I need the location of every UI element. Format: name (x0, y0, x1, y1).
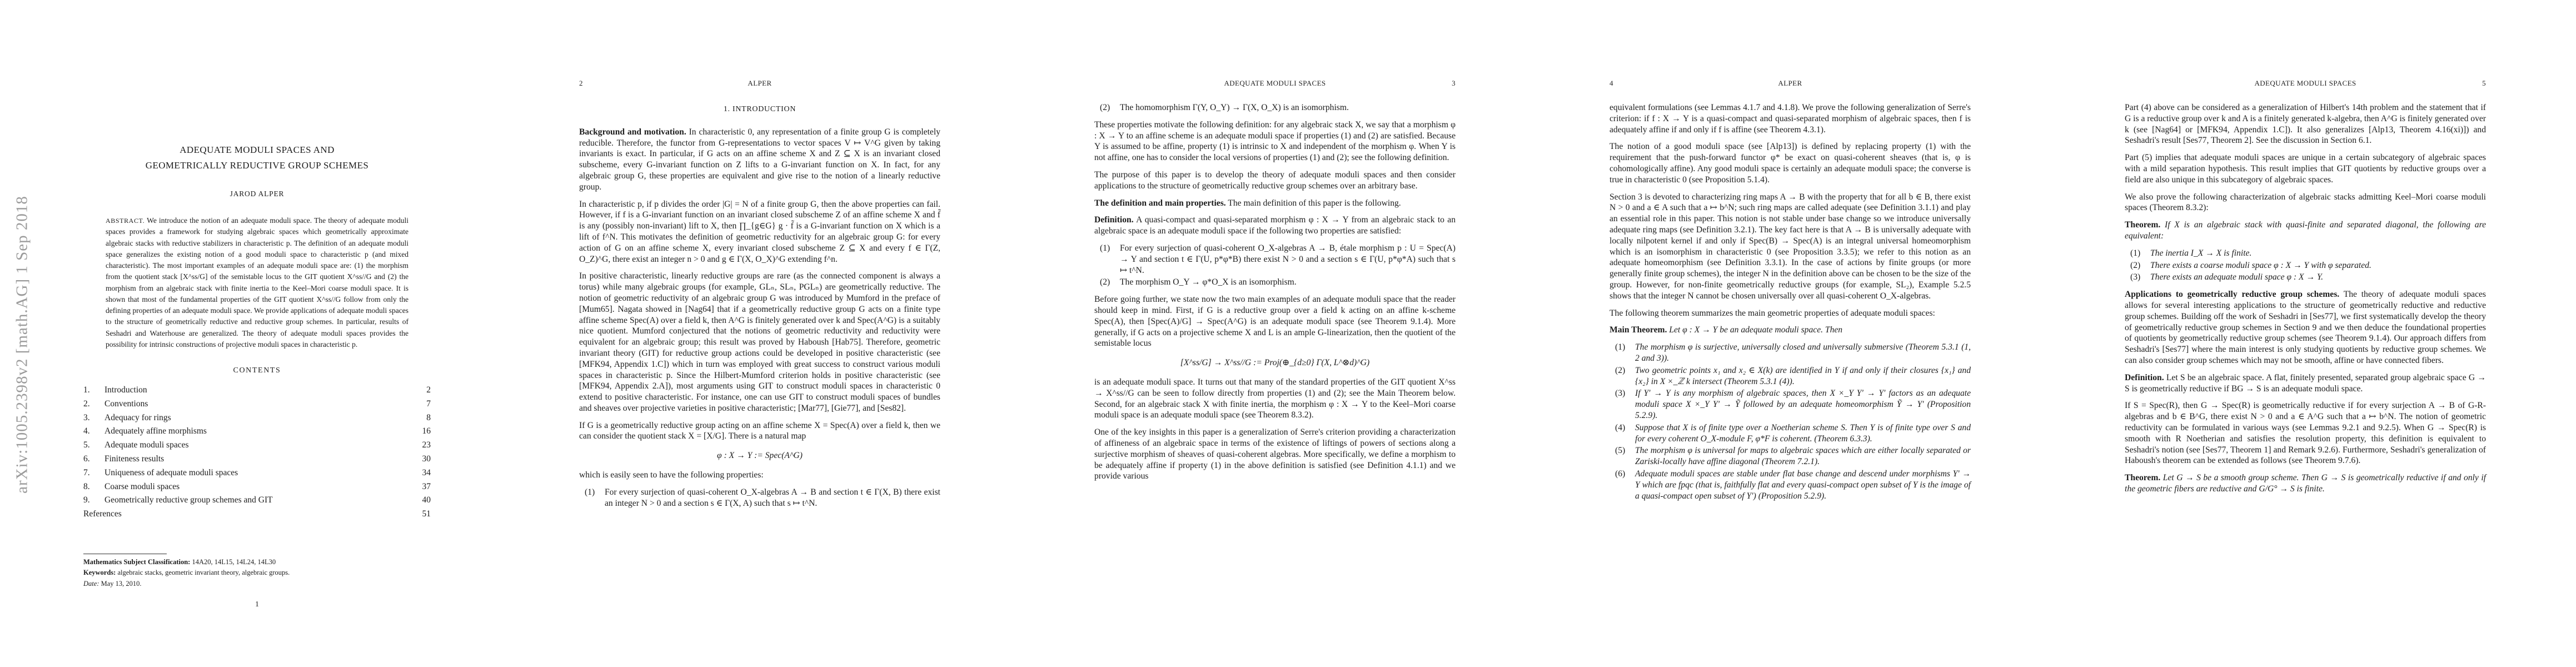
header-title: ALPER (612, 79, 907, 88)
toc-row: References51 (83, 507, 431, 521)
meta-line: Mathematics Subject Classification: 14A2… (83, 557, 431, 568)
paragraph-text: The theory of adequate moduli spaces all… (2125, 290, 2486, 365)
toc-item-number: 1. (83, 384, 104, 397)
toc-item-label: Adequate moduli spaces (104, 439, 408, 452)
toc-page-number: 23 (408, 439, 431, 452)
toc-item-number: 8. (83, 480, 104, 494)
paragraph-text: In characteristic 0, any representation … (579, 127, 940, 192)
toc-row: 8.Coarse moduli spaces37 (83, 480, 431, 494)
list-item: (2)The homomorphism Γ(Y, O_Y) → Γ(X, O_X… (1094, 102, 1456, 113)
list-item-number: (3) (1615, 388, 1625, 399)
paragraph: Theorem. Let G → S be a smooth group sch… (2125, 472, 2486, 495)
list-item-number: (1) (1615, 342, 1625, 353)
paper-title-line: ADEQUATE MODULI SPACES AND (83, 142, 431, 158)
toc-page-number: 51 (408, 507, 431, 521)
paragraph: equivalent formulations (see Lemmas 4.1.… (1610, 102, 1971, 135)
toc-item-number: References (83, 507, 122, 521)
list-item: (2)The morphism O_Y → φ*O_X is an isomor… (1094, 277, 1456, 288)
paragraph: These properties motivate the following … (1094, 120, 1456, 163)
list-item: (5)The morphism φ is universal for maps … (1610, 445, 1971, 467)
header-title: ADEQUATE MODULI SPACES (1128, 79, 1422, 88)
list-item-number: (3) (2130, 272, 2140, 283)
meta-text: algebraic stacks, geometric invariant th… (117, 569, 290, 576)
list-item-text: The morphism O_Y → φ*O_X is an isomorphi… (1120, 277, 1297, 287)
toc-item-number: 6. (83, 452, 104, 466)
paragraph-text: equivalent formulations (see Lemmas 4.1.… (1610, 103, 1971, 135)
paragraph: Part (5) implies that adequate moduli sp… (2125, 152, 2486, 185)
toc-page-number: 7 (408, 397, 431, 411)
paragraph-text: Part (4) above can be considered as a ge… (2125, 103, 2486, 145)
toc-item-number: 9. (83, 494, 104, 507)
list-item: (1)For every surjection of quasi-coheren… (1094, 243, 1456, 276)
paragraph-text: One of the key insights in this paper is… (1094, 427, 1456, 481)
list-item-number: (4) (1615, 422, 1625, 434)
paragraph: If G is a geometrically reductive group … (579, 420, 940, 442)
toc-item-number: 7. (83, 466, 104, 480)
list: (1)For every surjection of quasi-coheren… (1094, 243, 1456, 288)
abstract-text: We introduce the notion of an adequate m… (106, 216, 408, 349)
header-page-number-right: 3 (1422, 79, 1456, 88)
abstract: ABSTRACT. We introduce the notion of an … (106, 215, 408, 350)
toc-item-number: 5. (83, 439, 104, 452)
header-title: ALPER (1643, 79, 1937, 88)
paragraph: is an adequate moduli space. It turns ou… (1094, 377, 1456, 421)
author-name: JAROD ALPER (83, 189, 431, 198)
paragraph-text: Part (5) implies that adequate moduli sp… (2125, 153, 2486, 185)
list-item: (3)If Y′ → Y is any morphism of algebrai… (1610, 388, 1971, 421)
paragraph: If S = Spec(R), then G → Spec(R) is geom… (2125, 400, 2486, 466)
list-item-text: There exists an adequate moduli space φ … (2150, 272, 2323, 282)
list: (1)The inertia I_X → X is finite.(2)Ther… (2125, 248, 2486, 283)
meta-label: Keywords: (83, 569, 116, 576)
paragraph-lead: Theorem. (2125, 473, 2160, 482)
list-item: (2)Two geometric points x₁ and x₂ ∈ X(k)… (1610, 365, 1971, 387)
paragraph: Main Theorem. Let φ : X → Y be an adequa… (1610, 325, 1971, 336)
paragraph-text: Let S be an algebraic space. A flat, fin… (2125, 373, 2486, 394)
paragraph-lead: The definition and main properties. (1094, 198, 1226, 208)
header-page-number-right (907, 79, 940, 88)
document-canvas: { "colors": {"background": "#ffffff", "t… (0, 0, 2576, 667)
list-item: (6)Adequate moduli spaces are stable und… (1610, 469, 1971, 501)
section-heading: 1. INTRODUCTION (579, 104, 940, 115)
list-item-number: (2) (1100, 277, 1110, 288)
list-item-text: The morphism φ is universal for maps to … (1635, 446, 1971, 466)
list-item-number: (2) (1615, 365, 1625, 376)
paragraph-text: Let G → S be a smooth group scheme. Then… (2125, 473, 2486, 494)
header-title: ADEQUATE MODULI SPACES (2158, 79, 2453, 88)
paragraph-text: The following theorem summarizes the mai… (1610, 308, 1935, 318)
list: (2)The homomorphism Γ(Y, O_Y) → Γ(X, O_X… (1094, 102, 1456, 113)
page-number: 1 (83, 599, 431, 609)
list-item: (1)The morphism φ is surjective, univers… (1610, 342, 1971, 364)
paragraph-text: The main definition of this paper is the… (1228, 198, 1401, 208)
paragraph: We also prove the following characteriza… (2125, 192, 2486, 214)
toc-row: 3.Adequacy for rings8 (83, 411, 431, 425)
paper-title-line: GEOMETRICALLY REDUCTIVE GROUP SCHEMES (83, 158, 431, 173)
toc-page-number: 2 (408, 384, 431, 397)
list: (1)For every surjection of quasi-coheren… (579, 487, 940, 509)
footnote-meta: Mathematics Subject Classification: 14A2… (83, 554, 431, 589)
paragraph-text: Let φ : X → Y be an adequate moduli spac… (1669, 325, 1842, 335)
page-1-content: ADEQUATE MODULI SPACES ANDGEOMETRICALLY … (83, 142, 431, 521)
toc-item-label: Adequacy for rings (104, 411, 408, 425)
toc-row: 2.Conventions7 (83, 397, 431, 411)
list-item-text: Two geometric points x₁ and x₂ ∈ X(k) ar… (1635, 366, 1971, 386)
toc-page-number: 16 (408, 425, 431, 439)
meta-line: Date: May 13, 2010. (83, 579, 431, 589)
list-item-text: The inertia I_X → X is finite. (2150, 248, 2251, 258)
toc-page-number: 40 (408, 494, 431, 507)
page-5-content: Part (4) above can be considered as a ge… (2125, 102, 2486, 501)
page-1: arXiv:1005.2398v2 [math.AG] 1 Sep 2018 A… (0, 0, 515, 667)
toc-item-number: 3. (83, 411, 104, 425)
toc-row: 6.Finiteness results30 (83, 452, 431, 466)
meta-text: 14A20, 14L15, 14L24, 14L30 (192, 558, 276, 566)
page-5: ADEQUATE MODULI SPACES 5 Part (4) above … (2061, 0, 2576, 667)
paragraph-lead: Main Theorem. (1610, 325, 1667, 335)
page-2: 2 ALPER 1. INTRODUCTIONBackground and mo… (515, 0, 1030, 667)
paragraph: which is easily seen to have the followi… (579, 470, 940, 481)
toc-row: 9.Geometrically reductive group schemes … (83, 494, 431, 507)
paragraph-text: These properties motivate the following … (1094, 120, 1456, 162)
paragraph: Section 3 is devoted to characterizing r… (1610, 192, 1971, 302)
abstract-label: ABSTRACT. (106, 217, 145, 225)
paragraph: Definition. A quasi-compact and quasi-se… (1094, 215, 1456, 237)
paragraph-lead: Definition. (1094, 215, 1134, 225)
list-item-number: (1) (2130, 248, 2140, 259)
toc-item-label (122, 507, 408, 521)
header-page-number-left (2125, 79, 2158, 88)
toc-page-number: 8 (408, 411, 431, 425)
toc-item-number: 4. (83, 425, 104, 439)
paragraph-text: The notion of a good moduli space (see [… (1610, 142, 1971, 184)
display-math: φ : X → Y := Spec(A^G) (579, 450, 940, 461)
list-item-number: (5) (1615, 445, 1625, 456)
toc-item-label: Uniqueness of adequate moduli spaces (104, 466, 408, 480)
paragraph-text: which is easily seen to have the followi… (579, 470, 764, 480)
paragraph: Applications to geometrically reductive … (2125, 289, 2486, 366)
paragraph-text: is an adequate moduli space. It turns ou… (1094, 377, 1456, 420)
toc-item-label: Geometrically reductive group schemes an… (104, 494, 408, 507)
list-item-text: If Y′ → Y is any morphism of algebraic s… (1635, 389, 1971, 420)
toc-item-label: Coarse moduli spaces (104, 480, 408, 494)
paragraph: One of the key insights in this paper is… (1094, 427, 1456, 482)
footnote-rule (83, 554, 167, 554)
toc-item-label: Finiteness results (104, 452, 408, 466)
toc-item-number: 2. (83, 397, 104, 411)
toc-row: 1.Introduction2 (83, 384, 431, 397)
arxiv-stamp: arXiv:1005.2398v2 [math.AG] 1 Sep 2018 (13, 196, 32, 494)
page-4-content: equivalent formulations (see Lemmas 4.1.… (1610, 102, 1971, 507)
paragraph: The following theorem summarizes the mai… (1610, 308, 1971, 319)
toc-item-label: Adequately affine morphisms (104, 425, 408, 439)
running-header: ADEQUATE MODULI SPACES 5 (2125, 79, 2486, 88)
toc-row: 7.Uniqueness of adequate moduli spaces34 (83, 466, 431, 480)
paragraph-lead: Definition. (2125, 373, 2164, 382)
toc-page-number: 37 (408, 480, 431, 494)
paragraph-text: If X is an algebraic stack with quasi-fi… (2125, 220, 2486, 241)
toc-item-label: Introduction (104, 384, 408, 397)
paragraph-text: Before going further, we state now the t… (1094, 295, 1456, 348)
toc-item-label: Conventions (104, 397, 408, 411)
paragraph: Theorem. If X is an algebraic stack with… (2125, 220, 2486, 242)
list-item: (1)For every surjection of quasi-coheren… (579, 487, 940, 509)
meta-label: Mathematics Subject Classification: (83, 558, 190, 566)
paragraph: Definition. Let S be an algebraic space.… (2125, 372, 2486, 395)
list-item: (2)There exists a coarse moduli space φ … (2125, 260, 2486, 271)
list-item: (4)Suppose that X is of finite type over… (1610, 422, 1971, 445)
paragraph: Part (4) above can be considered as a ge… (2125, 102, 2486, 146)
meta-label: Date: (83, 580, 99, 588)
list-item-text: For every surjection of quasi-coherent O… (605, 487, 940, 508)
header-page-number-right: 5 (2453, 79, 2486, 88)
table-of-contents: 1.Introduction22.Conventions73.Adequacy … (83, 384, 431, 521)
list-item-text: For every surjection of quasi-coherent O… (1120, 243, 1456, 275)
paragraph-text: A quasi-compact and quasi-separated morp… (1094, 215, 1456, 236)
toc-page-number: 30 (408, 452, 431, 466)
list-item-text: Adequate moduli spaces are stable under … (1635, 469, 1971, 501)
toc-row: 4.Adequately affine morphisms16 (83, 425, 431, 439)
paragraph: In positive characteristic, linearly red… (579, 271, 940, 414)
paragraph: The definition and main properties. The … (1094, 198, 1456, 209)
list-item-text: There exists a coarse moduli space φ : X… (2150, 261, 2371, 270)
list-item-number: (2) (2130, 260, 2140, 271)
header-page-number-right (1937, 79, 1971, 88)
paragraph: Before going further, we state now the t… (1094, 294, 1456, 349)
list-item-text: Suppose that X is of finite type over a … (1635, 423, 1971, 444)
paragraph-lead: Background and motivation. (579, 127, 686, 137)
paragraph-lead: Applications to geometrically reductive … (2125, 290, 2339, 299)
paragraph: In characteristic p, if p divides the or… (579, 199, 940, 265)
display-math: [X^ss/G] → X^ss//G := Proj(⊕_{d≥0} Γ(X, … (1094, 357, 1456, 369)
list-item-text: The morphism φ is surjective, universall… (1635, 342, 1971, 363)
paragraph-text: The purpose of this paper is to develop … (1094, 170, 1456, 191)
page-2-content: 1. INTRODUCTIONBackground and motivation… (579, 102, 940, 515)
list-item-number: (1) (585, 487, 595, 498)
paragraph: The notion of a good moduli space (see [… (1610, 141, 1971, 185)
list-item: (3)There exists an adequate moduli space… (2125, 272, 2486, 283)
paragraph: Background and motivation. In characteri… (579, 127, 940, 193)
page-3-content: (2)The homomorphism Γ(Y, O_Y) → Γ(X, O_X… (1094, 102, 1456, 488)
page-3: ADEQUATE MODULI SPACES 3 (2)The homomorp… (1030, 0, 1546, 667)
paragraph: The purpose of this paper is to develop … (1094, 170, 1456, 192)
paragraph-text: If S = Spec(R), then G → Spec(R) is geom… (2125, 401, 2486, 465)
header-page-number-left (1094, 79, 1128, 88)
list-item: (1)The inertia I_X → X is finite. (2125, 248, 2486, 259)
header-page-number-left: 4 (1610, 79, 1643, 88)
paragraph-lead: Theorem. (2125, 220, 2160, 230)
list-item-number: (1) (1100, 243, 1110, 254)
list: (1)The morphism φ is surjective, univers… (1610, 342, 1971, 501)
section-heading: CONTENTS (83, 366, 431, 376)
page-4: 4 ALPER equivalent formulations (see Lem… (1546, 0, 2061, 667)
running-header: ADEQUATE MODULI SPACES 3 (1094, 79, 1456, 88)
running-header: 4 ALPER (1610, 79, 1971, 88)
paragraph-text: In characteristic p, if p divides the or… (579, 200, 940, 264)
meta-text: May 13, 2010. (101, 580, 142, 588)
paragraph-text: In positive characteristic, linearly red… (579, 271, 940, 413)
meta-line: Keywords: algebraic stacks, geometric in… (83, 568, 431, 578)
paragraph-text: If G is a geometrically reductive group … (579, 421, 940, 441)
list-item-number: (6) (1615, 469, 1625, 480)
list-item-number: (2) (1100, 102, 1110, 113)
list-item-text: The homomorphism Γ(Y, O_Y) → Γ(X, O_X) i… (1120, 103, 1349, 112)
running-header: 2 ALPER (579, 79, 940, 88)
paragraph-text: We also prove the following characteriza… (2125, 192, 2486, 213)
paragraph-text: Section 3 is devoted to characterizing r… (1610, 192, 1971, 301)
toc-row: 5.Adequate moduli spaces23 (83, 439, 431, 452)
header-page-number-left: 2 (579, 79, 612, 88)
paper-title: ADEQUATE MODULI SPACES ANDGEOMETRICALLY … (83, 142, 431, 173)
toc-page-number: 34 (408, 466, 431, 480)
